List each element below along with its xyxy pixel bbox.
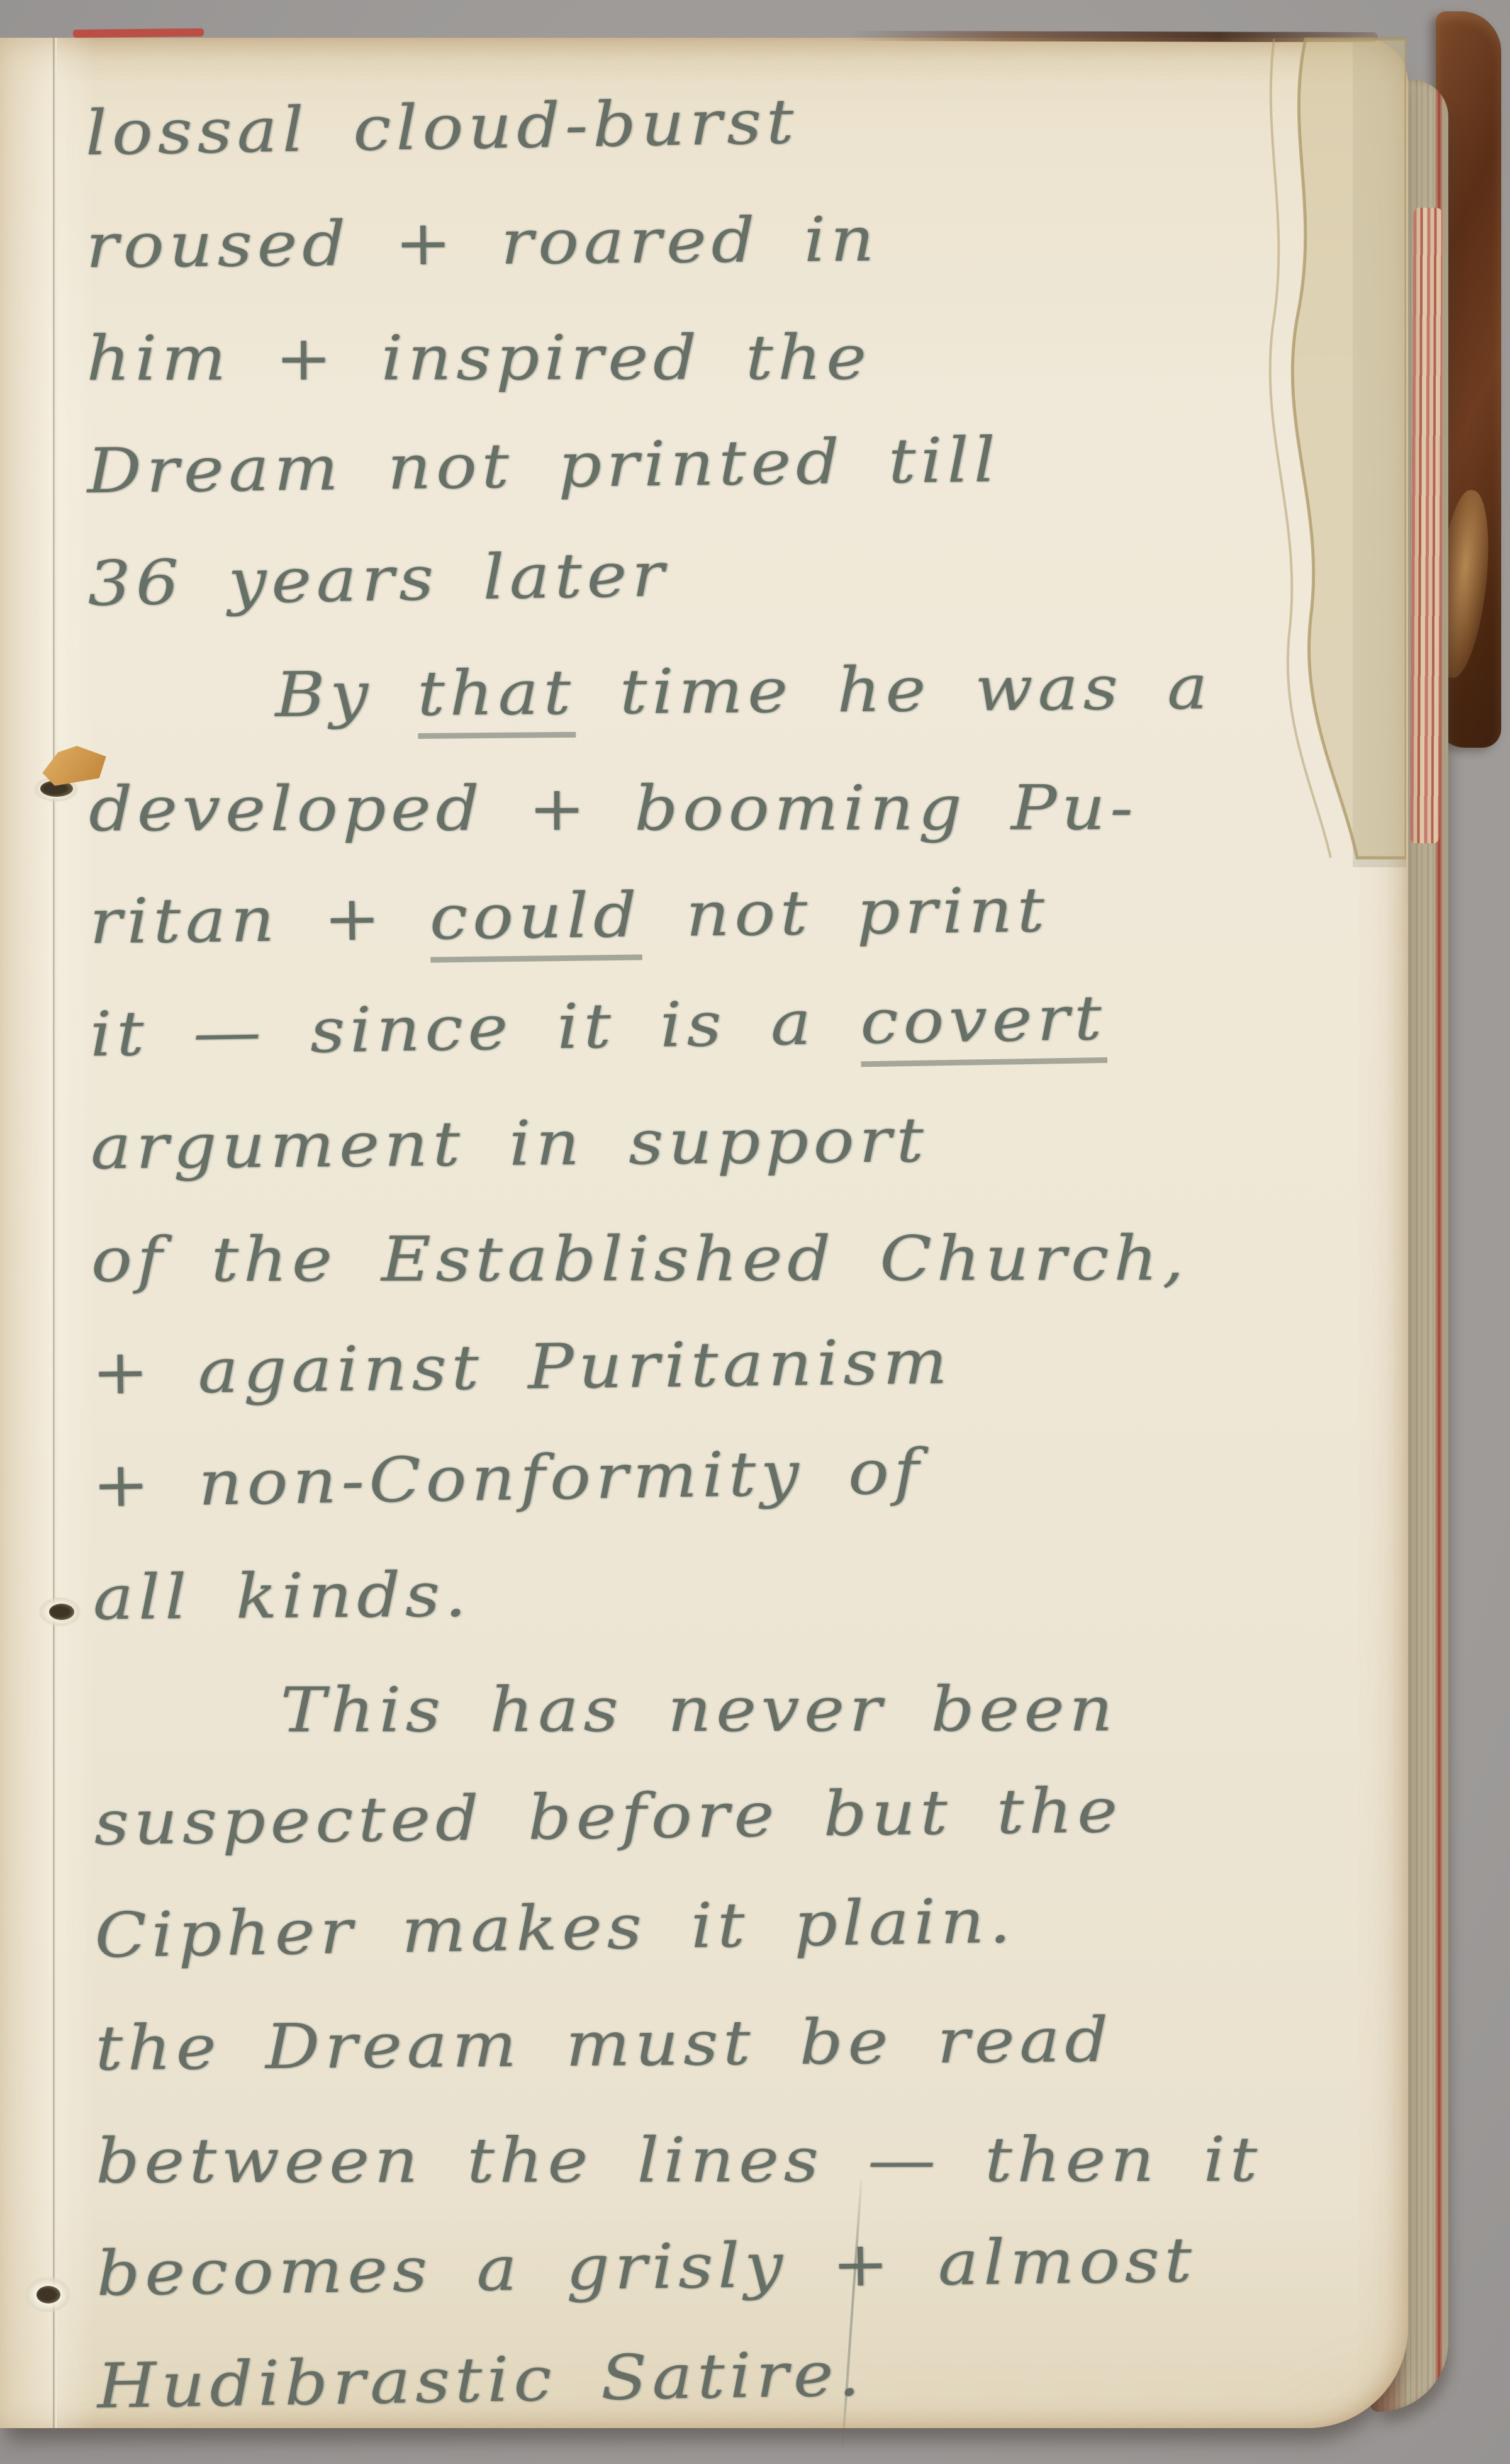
handwriting-line-6: By that time he was a xyxy=(88,629,1501,753)
handwriting-segment: roused + roared in xyxy=(86,204,879,283)
handwriting-line-5: 36 years later xyxy=(87,505,1501,641)
handwriting-segment: lossal cloud-burst xyxy=(85,86,799,170)
gutter-crease-line xyxy=(53,38,57,2428)
underlined-word: that xyxy=(417,657,576,739)
handwriting-line-19: between the lines — then it xyxy=(96,2103,1507,2218)
handwriting-line-21: Hudibrastic Satire. xyxy=(96,2308,1510,2444)
handwriting-segment: argument in support xyxy=(91,1105,929,1183)
handwriting-segment: 36 years later xyxy=(87,539,669,620)
underlined-word: covert xyxy=(859,982,1107,1067)
handwriting-line-15: This has never been xyxy=(94,1653,1506,1767)
handwriting-segment: all kinds. xyxy=(92,1559,471,1634)
handwriting-line-13: + non-Conformity of xyxy=(91,1407,1505,1543)
underlined-word: could xyxy=(429,879,642,962)
handwriting-line-3: him + inspired the xyxy=(86,301,1498,416)
stitch-hole xyxy=(25,2277,70,2312)
handwriting-segment: Hudibrastic Satire. xyxy=(96,2338,865,2422)
handwriting-line-11: of the Established Church, xyxy=(91,1202,1503,1317)
handwriting-segment: not print xyxy=(641,874,1050,951)
handwriting-line-10: argument in support xyxy=(90,1079,1503,1204)
handwriting-line-7: developed + booming Pu- xyxy=(89,752,1501,867)
handwriting-line-1: lossal cloud-burst xyxy=(84,55,1498,191)
gutter-shading xyxy=(0,38,94,2428)
handwriting-segment: + against Puritanism xyxy=(91,1326,953,1409)
handwriting-segment: the Dream must be read xyxy=(95,2005,1113,2085)
handwriting-segment: it — since it is a xyxy=(89,986,861,1071)
handwriting-segment: + non-Conformity of xyxy=(92,1436,924,1522)
handwriting-line-14: all kinds. xyxy=(92,1530,1506,1655)
handwriting-segment: between the lines — then it xyxy=(96,2124,1261,2197)
handwriting-segment: him + inspired the xyxy=(86,322,871,395)
handwriting-segment: Cipher makes it plain. xyxy=(94,1885,1016,1972)
handwriting-segment: becomes a grisly + almost xyxy=(96,2225,1197,2310)
handwriting-segment: This has never been xyxy=(281,1674,1118,1747)
handwriting-segment: ritan + xyxy=(89,882,430,959)
handwriting-segment: By xyxy=(275,658,418,731)
handwriting-line-9: it — since it is a covert xyxy=(89,956,1502,1092)
handwriting-line-2: roused + roared in xyxy=(86,178,1499,303)
cover-edge-sliver xyxy=(73,28,204,38)
handwriting: lossal cloud-burstroused + roared inhim … xyxy=(85,71,1381,2444)
handwriting-segment: suspected before but the xyxy=(94,1775,1122,1859)
handwriting-segment: of the Established Church, xyxy=(91,1223,1188,1296)
stitch-hole-center xyxy=(36,2286,60,2304)
handwriting-segment: time he was a xyxy=(575,651,1212,729)
handwriting-segment: Dream not printed till xyxy=(87,424,1001,507)
photographed-notebook-scene: lossal cloud-burstroused + roared inhim … xyxy=(0,0,1510,2464)
stitch-hole-center xyxy=(49,1604,74,1620)
handwriting-segment: developed + booming Pu- xyxy=(89,772,1138,845)
stitch-hole xyxy=(39,1597,81,1626)
handwriting-line-18: the Dream must be read xyxy=(95,1981,1508,2105)
handwriting-line-17: Cipher makes it plain. xyxy=(94,1857,1507,1993)
